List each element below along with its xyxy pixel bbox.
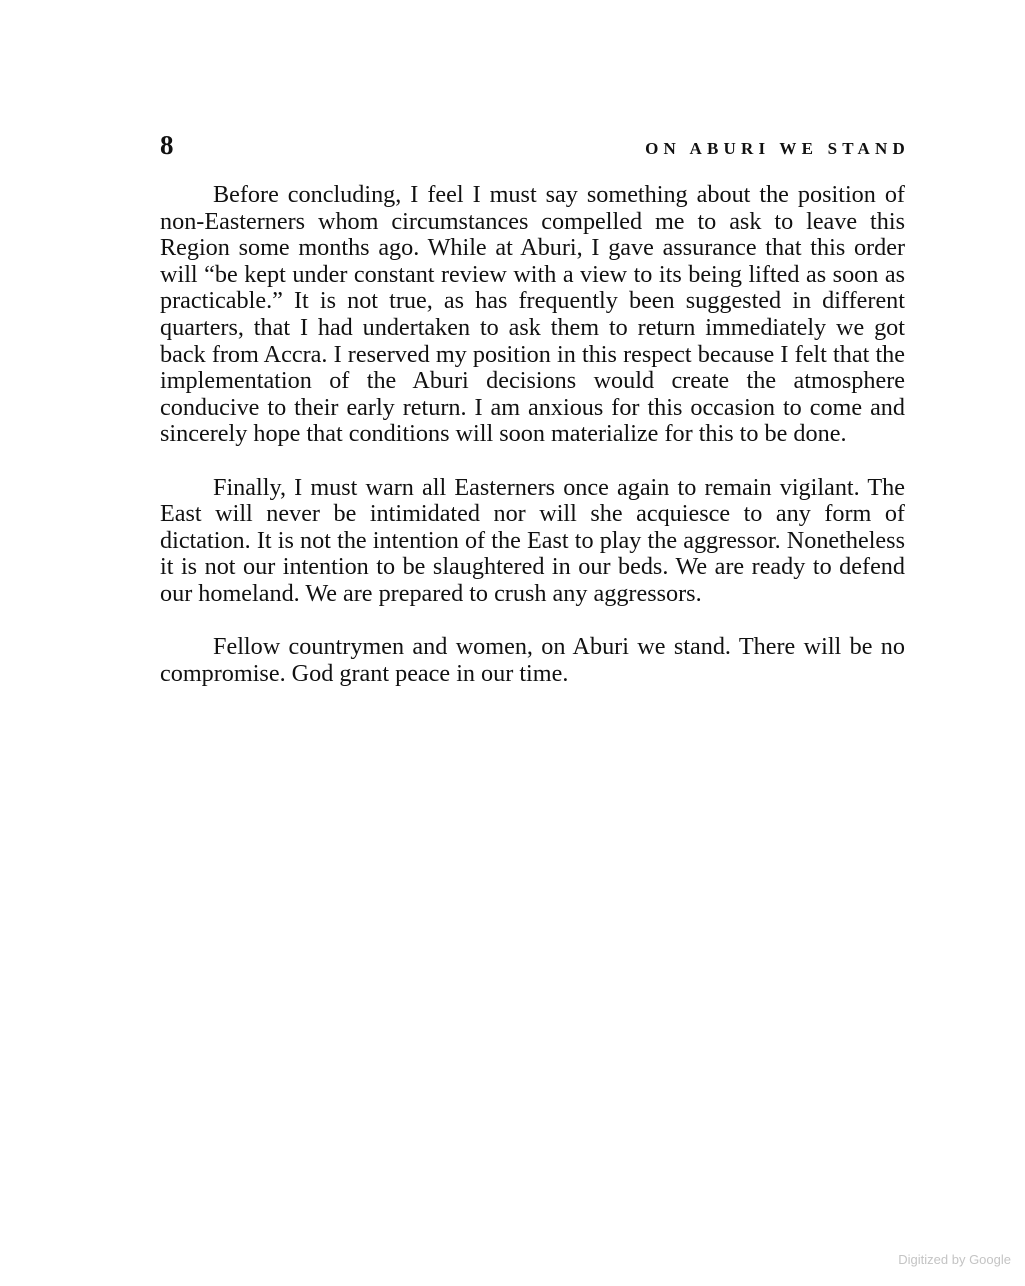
paragraph-warning: Finally, I must warn all Easterners once… (160, 475, 905, 608)
digitized-watermark: Digitized by Google (898, 1252, 1011, 1267)
body-text: Before concluding, I feel I must say som… (160, 182, 905, 687)
page-number: 8 (160, 128, 174, 162)
book-page: 8 ON ABURI WE STAND Before concluding, I… (160, 128, 905, 714)
running-head: 8 ON ABURI WE STAND (160, 128, 905, 162)
paragraph-closing: Fellow countrymen and women, on Aburi we… (160, 634, 905, 687)
paragraph-non-easterners: Before concluding, I feel I must say som… (160, 182, 905, 448)
running-title: ON ABURI WE STAND (645, 132, 910, 166)
